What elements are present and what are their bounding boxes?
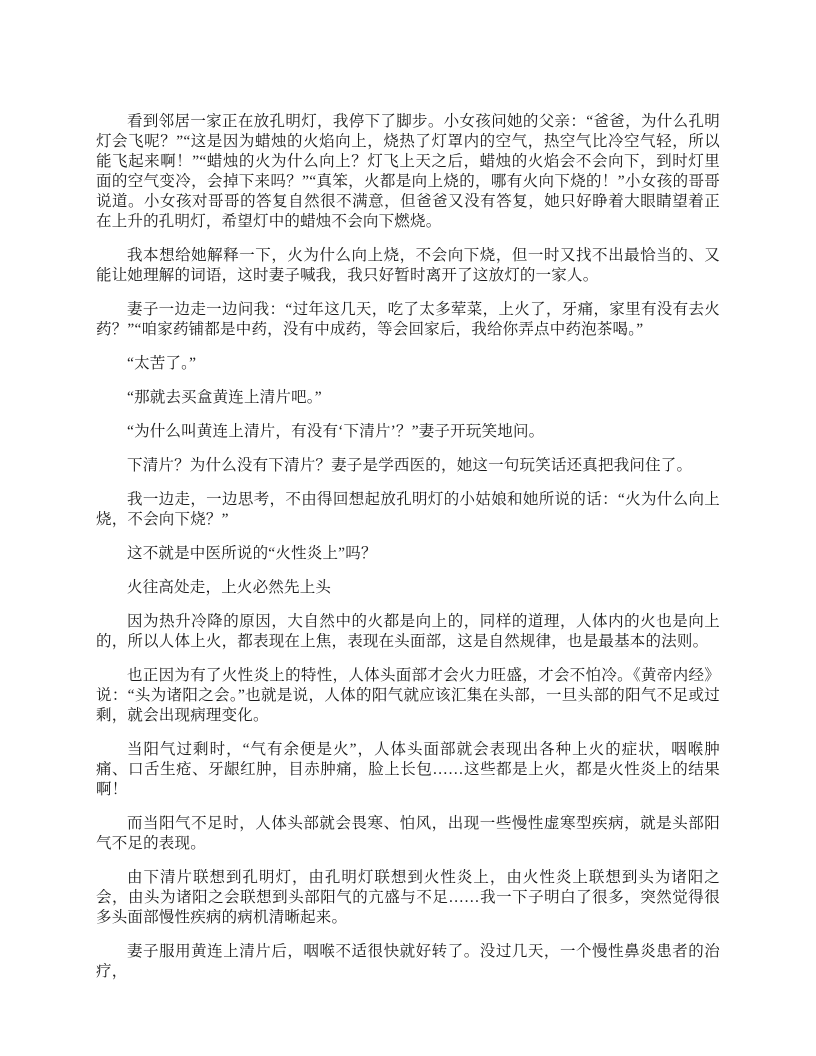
paragraph: 因为热升冷降的原因，大自然中的火都是向上的，同样的道理，人体内的火也是向上的，所… (96, 612, 720, 652)
paragraph: 我本想给她解释一下，火为什么向上烧，不会向下烧，但一时又找不出最恰当的、又能让她… (96, 246, 720, 286)
paragraph: 下清片？为什么没有下清片？妻子是学西医的，她这一句玩笑话还真把我问住了。 (96, 456, 720, 476)
paragraph: 我一边走，一边思考，不由得回想起放孔明灯的小姑娘和她所说的话：“火为什么向上烧，… (96, 490, 720, 530)
paragraph: “为什么叫黄连上清片，有没有‘下清片’？”妻子开玩笑地问。 (96, 422, 720, 442)
section-heading: 火往高处走，上火必然先上头 (96, 578, 720, 598)
document-body: 看到邻居一家正在放孔明灯，我停下了脚步。小女孩问她的父亲：“爸爸，为什么孔明灯会… (96, 112, 720, 982)
paragraph: “那就去买盒黄连上清片吧。” (96, 388, 720, 408)
paragraph: 而当阳气不足时，人体头部就会畏寒、怕风，出现一些慢性虚寒型疾病，就是头部阳气不足… (96, 814, 720, 854)
paragraph: 妻子服用黄连上清片后，咽喉不适很快就好转了。没过几天，一个慢性鼻炎患者的治疗， (96, 942, 720, 982)
paragraph: 由下清片联想到孔明灯，由孔明灯联想到火性炎上，由火性炎上联想到头为诸阳之会，由头… (96, 868, 720, 928)
paragraph: 看到邻居一家正在放孔明灯，我停下了脚步。小女孩问她的父亲：“爸爸，为什么孔明灯会… (96, 112, 720, 232)
document-page: 看到邻居一家正在放孔明灯，我停下了脚步。小女孩问她的父亲：“爸爸，为什么孔明灯会… (0, 0, 816, 1056)
paragraph: 妻子一边走一边问我：“过年这几天，吃了太多荤菜，上火了，牙痛，家里有没有去火药？… (96, 300, 720, 340)
paragraph: 这不就是中医所说的“火性炎上”吗？ (96, 544, 720, 564)
paragraph: “太苦了。” (96, 354, 720, 374)
paragraph: 当阳气过剩时，“气有余便是火”，人体头面部就会表现出各种上火的症状，咽喉肿痛、口… (96, 740, 720, 800)
paragraph: 也正因为有了火性炎上的特性，人体头面部才会火力旺盛，才会不怕冷。《黄帝内经》说：… (96, 666, 720, 726)
